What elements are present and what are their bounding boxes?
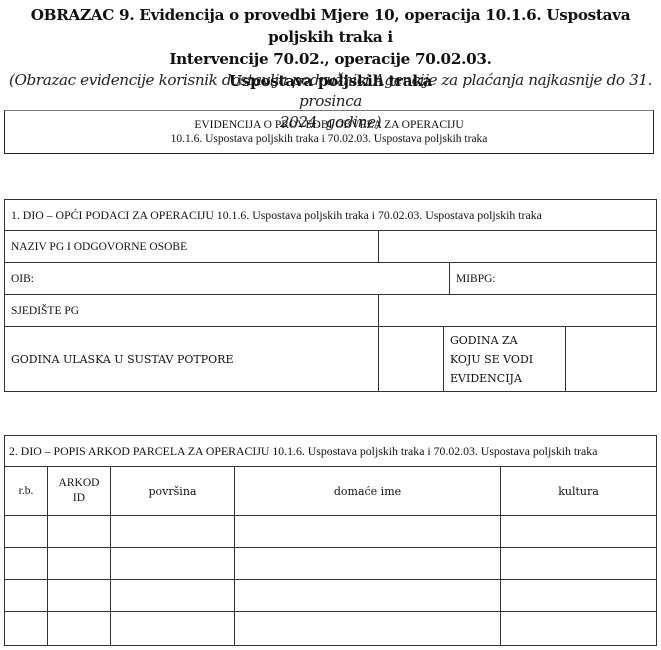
godina-evidencije-label-line-3: EVIDENCIJA xyxy=(450,369,559,388)
cell-arkod-id[interactable] xyxy=(48,612,111,646)
general-data-table: 1. DIO – OPĆI PODACI ZA OPERACIJU 10.1.6… xyxy=(4,199,657,392)
title-line-1: OBRAZAC 9. Evidencija o provedbi Mjere 1… xyxy=(0,4,661,48)
cell-rb[interactable] xyxy=(5,580,48,612)
table-row xyxy=(5,612,657,646)
evidence-box: EVIDENCIJA O PROVEDBI OBVEZA ZA OPERACIJ… xyxy=(4,110,654,154)
oib-field[interactable]: OIB: xyxy=(5,263,450,295)
cell-povrsina[interactable] xyxy=(111,612,235,646)
godina-evidencije-label-line-2: KOJU SE VODI xyxy=(450,350,559,369)
evidence-box-line-1: EVIDENCIJA O PROVEDBI OBVEZA ZA OPERACIJ… xyxy=(5,118,653,132)
sjediste-label: SJEDIŠTE PG xyxy=(5,295,379,327)
mibpg-label: MIBPG: xyxy=(456,273,496,285)
cell-domace-ime[interactable] xyxy=(235,580,501,612)
cell-kultura[interactable] xyxy=(501,580,657,612)
cell-arkod-id[interactable] xyxy=(48,580,111,612)
col-kultura: kultura xyxy=(501,467,657,516)
col-domace-ime: domaće ime xyxy=(235,467,501,516)
col-povrsina: površina xyxy=(111,467,235,516)
part1-heading: 1. DIO – OPĆI PODACI ZA OPERACIJU 10.1.6… xyxy=(5,200,657,231)
cell-domace-ime[interactable] xyxy=(235,516,501,548)
cell-rb[interactable] xyxy=(5,516,48,548)
cell-kultura[interactable] xyxy=(501,612,657,646)
cell-rb[interactable] xyxy=(5,612,48,646)
col-rb: r.b. xyxy=(5,467,48,516)
title-line-2: Intervencije 70.02., operacije 70.02.03. xyxy=(0,48,661,70)
column-header-row: r.b. ARKOD ID površina domaće ime kultur… xyxy=(5,467,657,516)
cell-kultura[interactable] xyxy=(501,548,657,580)
cell-povrsina[interactable] xyxy=(111,548,235,580)
cell-arkod-id[interactable] xyxy=(48,516,111,548)
godina-ulaska-field[interactable] xyxy=(379,327,444,392)
cell-kultura[interactable] xyxy=(501,516,657,548)
table-row xyxy=(5,548,657,580)
table-row xyxy=(5,580,657,612)
oib-label: OIB: xyxy=(11,273,34,285)
naziv-field[interactable] xyxy=(379,231,657,263)
col-arkod-id: ARKOD ID xyxy=(48,467,111,516)
godina-ulaska-label: GODINA ULASKA U SUSTAV POTPORE xyxy=(5,327,379,392)
godina-evidencije-label: GODINA ZA KOJU SE VODI EVIDENCIJA xyxy=(444,327,566,392)
cell-povrsina[interactable] xyxy=(111,580,235,612)
table-row xyxy=(5,516,657,548)
godina-evidencije-label-line-1: GODINA ZA xyxy=(450,331,559,350)
cell-domace-ime[interactable] xyxy=(235,612,501,646)
subtitle-line-1: (Obrazac evidencije korisnik dostavlja p… xyxy=(0,70,661,112)
cell-povrsina[interactable] xyxy=(111,516,235,548)
part2-heading: 2. DIO – POPIS ARKOD PARCELA ZA OPERACIJ… xyxy=(5,436,657,467)
godina-evidencije-field[interactable] xyxy=(566,327,657,392)
naziv-label: NAZIV PG I ODGOVORNE OSOBE xyxy=(5,231,379,263)
cell-domace-ime[interactable] xyxy=(235,548,501,580)
arkod-parcels-table: 2. DIO – POPIS ARKOD PARCELA ZA OPERACIJ… xyxy=(4,435,657,646)
evidence-box-line-2: 10.1.6. Uspostava poljskih traka i 70.02… xyxy=(5,132,653,146)
cell-rb[interactable] xyxy=(5,548,48,580)
mibpg-field[interactable]: MIBPG: xyxy=(450,263,657,295)
sjediste-field[interactable] xyxy=(379,295,657,327)
cell-arkod-id[interactable] xyxy=(48,548,111,580)
